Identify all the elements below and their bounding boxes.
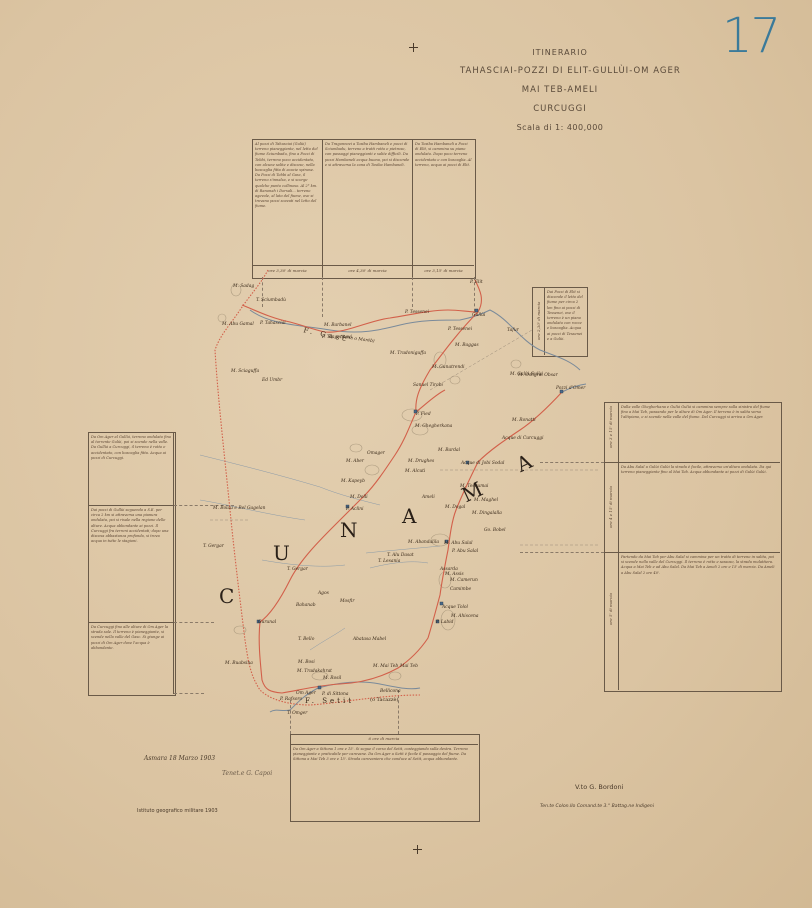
place-label: P. Rafsoro	[280, 697, 302, 702]
place-label: P. Aclini	[346, 507, 364, 512]
place-label: M. Mai Teb	[373, 664, 398, 669]
place-label: M. Gunatrendi	[432, 365, 465, 370]
place-label: M. Barbanel	[324, 323, 352, 328]
place-label: Tafur	[507, 328, 519, 333]
visa-signature: V.to G. Bordoni	[575, 783, 623, 791]
place-label: Mosfir	[340, 599, 354, 604]
place-label: Sanuel Tirabi	[413, 383, 443, 388]
place-label: T. Gergar	[287, 567, 308, 572]
place-label: P. Tragonnovi	[322, 335, 352, 340]
institute-credit: Istituto geografico militare 1903	[137, 808, 218, 814]
place-label: P. Labid	[436, 620, 453, 625]
place-label: Agos	[318, 591, 329, 596]
place-label: Gullùi	[472, 313, 485, 318]
region-letter: N	[340, 518, 358, 542]
place-label: Go. Bobel	[484, 528, 506, 533]
place-label: Bellicona	[380, 689, 401, 694]
place-label: M. Dolli	[350, 495, 368, 500]
place-label: Camimbe	[450, 587, 471, 592]
place-label: M. Dingalalla	[472, 511, 502, 516]
place-label: P. Elit	[470, 280, 483, 285]
place-label: M. Oshgral Obsar	[518, 373, 558, 378]
place-label: T. Alu Dasat	[387, 553, 414, 558]
command-credit: Ten.te Colon.llo Comand.te 3.° Battag.ne…	[540, 804, 654, 809]
place-label: Abatasa Mabel	[353, 637, 386, 642]
region-letter: C	[219, 584, 234, 608]
place-label: Om Ager	[296, 691, 316, 696]
river-label-setit-alt: (o Tacazzè)	[370, 697, 398, 703]
place-label: M. Alcuti	[405, 469, 425, 474]
place-label: Acque di Jobi Sodal	[461, 461, 504, 466]
place-label: M. Maghel	[474, 498, 498, 503]
place-label: M. Ahiscena	[451, 614, 478, 619]
place-label: P. Tessenei	[448, 327, 472, 332]
place-label: P. Abu Salal	[452, 549, 478, 554]
place-label: M. Teccumai	[460, 484, 488, 489]
place-label: P. Fied	[416, 412, 431, 417]
place-label: Ed Umbr	[262, 378, 282, 383]
place-label: M. Ghegherkana	[415, 424, 452, 429]
surveyor-signature: Tenet.e G. Capoi	[222, 770, 272, 777]
place-label: P. Tessenei	[405, 310, 429, 315]
place-label: M. Buabsina	[225, 661, 253, 666]
place-label: M. Bosi	[298, 660, 315, 665]
place-date: Asmara 18 Marzo 1903	[144, 755, 215, 762]
place-label: M. Sciaguffa	[231, 369, 259, 374]
place-label: M. Tradakahrat	[297, 669, 332, 674]
place-label: P. Tahasciai	[260, 321, 286, 326]
place-label: Mai Teb	[400, 664, 418, 669]
place-label: Gurunal	[258, 620, 276, 625]
place-label: M. Rosil	[323, 676, 341, 681]
place-label: M. Abandalila	[408, 540, 439, 545]
place-label: T. Gergar	[203, 544, 224, 549]
place-label: T. Sciumbadù	[256, 298, 286, 303]
place-label: M. Aber	[346, 459, 364, 464]
place-label: Pozzi d'Omer	[556, 386, 585, 391]
place-label: M. Dogal	[445, 505, 465, 510]
region-letter: A	[402, 504, 416, 528]
place-label: T. Bello	[298, 637, 314, 642]
place-label: M. Drughes	[408, 459, 434, 464]
place-label: Bahanab	[296, 603, 316, 608]
place-label: P. di Sittona	[322, 692, 349, 697]
place-label: Acque Tolol	[442, 605, 468, 610]
river-label-setit: F. Setit	[305, 697, 354, 705]
place-label: T. Omger	[287, 711, 307, 716]
place-label: M. Tradoniguffa	[390, 351, 426, 356]
place-label: T. Lesania	[378, 559, 400, 564]
place-label: M. Bardal	[438, 448, 460, 453]
place-label: M. Abu Salal	[444, 541, 473, 546]
place-label: M. Bolau e Bel Gagelan	[213, 506, 265, 511]
map-drawing	[0, 0, 812, 908]
place-label: Acque di Curcuggi	[502, 436, 543, 441]
place-label: M. Abu Gamal	[222, 322, 254, 327]
place-label: M. Kapeyb	[341, 479, 365, 484]
place-label: Omager	[367, 451, 385, 456]
place-label: M. Ronatti	[512, 418, 536, 423]
place-label: M. Camerun	[450, 578, 478, 583]
place-label: M. Sadag	[233, 284, 254, 289]
place-label: Ameli	[422, 495, 435, 500]
region-letter: U	[273, 541, 290, 565]
place-label: M. Baggas	[455, 343, 479, 348]
place-label: M. Assis	[445, 572, 464, 577]
map-sheet: 17 ITINERARIO TAHASCIAI-POZZI DI ELIT-GU…	[0, 0, 812, 908]
